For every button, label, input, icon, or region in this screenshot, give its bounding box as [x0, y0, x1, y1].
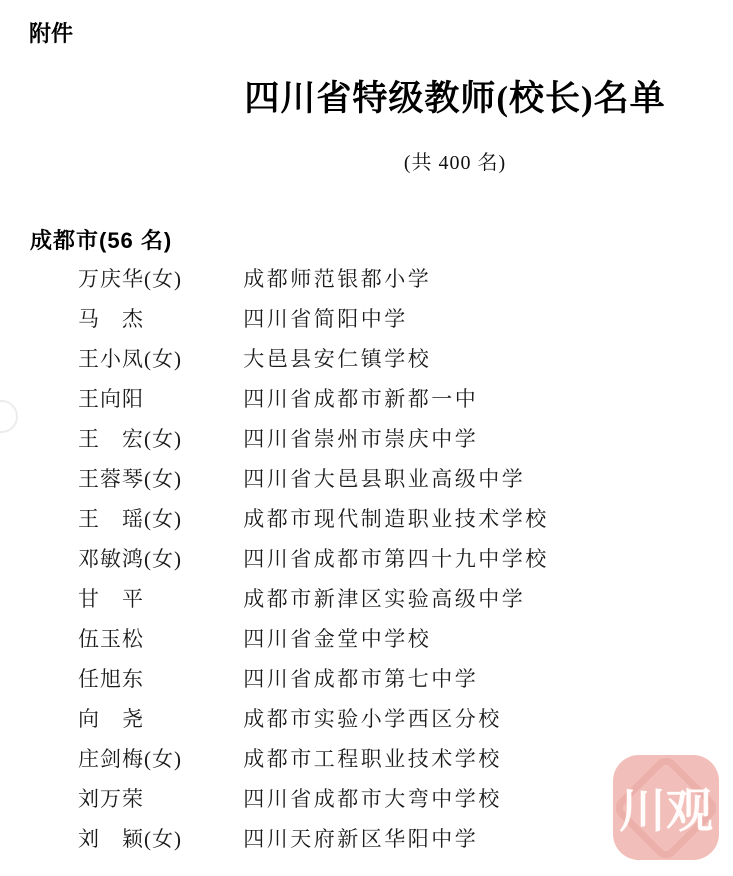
teacher-name: 王蓉琴(女) [78, 459, 238, 499]
list-item: 马 杰 四川省简阳中学 [78, 299, 733, 339]
list-item: 王 宏(女) 四川省崇州市崇庆中学 [78, 419, 733, 459]
list-item: 王 瑶(女) 成都市现代制造职业技术学校 [78, 499, 733, 539]
list-item: 万庆华(女) 成都师范银都小学 [78, 259, 733, 299]
teacher-name: 马 杰 [78, 299, 238, 339]
document-page: 附件 四川省特级教师(校长)名单 (共 400 名) 成都市(56 名) 万庆华… [0, 0, 733, 876]
school-name: 成都市实验小学西区分校 [243, 707, 502, 731]
page-subtitle: (共 400 名) [177, 146, 733, 175]
school-name: 四川省崇州市崇庆中学 [243, 427, 478, 451]
school-name: 四川天府新区华阳中学 [243, 827, 478, 851]
list-item: 王小凤(女) 大邑县安仁镇学校 [78, 339, 733, 379]
school-name: 四川省简阳中学 [243, 307, 408, 331]
school-name: 大邑县安仁镇学校 [243, 347, 431, 371]
school-name: 四川省成都市第七中学 [243, 667, 478, 691]
teacher-name: 庄剑梅(女) [78, 739, 238, 779]
school-name: 四川省金堂中学校 [243, 627, 431, 651]
school-name: 成都市工程职业技术学校 [243, 747, 502, 771]
school-name: 四川省大邑县职业高级中学 [243, 467, 525, 491]
teacher-name: 邓敏鸿(女) [78, 539, 238, 579]
section-heading-chengdu: 成都市(56 名) [30, 224, 172, 255]
edge-circle-decoration [0, 400, 18, 433]
teacher-name: 刘万荣 [78, 779, 238, 819]
teacher-name: 刘 颖(女) [78, 819, 238, 859]
school-name: 成都师范银都小学 [243, 267, 431, 291]
list-item: 任旭东 四川省成都市第七中学 [78, 659, 733, 699]
school-name: 四川省成都市大弯中学校 [243, 787, 502, 811]
teacher-name: 王向阳 [78, 379, 238, 419]
school-name: 四川省成都市新都一中 [243, 387, 478, 411]
school-name: 成都市现代制造职业技术学校 [243, 507, 549, 531]
attachment-label: 附件 [29, 17, 73, 48]
page-title: 四川省特级教师(校长)名单 [177, 71, 733, 121]
teacher-name: 王小凤(女) [78, 339, 238, 379]
teacher-name: 万庆华(女) [78, 259, 238, 299]
list-item: 向 尧 成都市实验小学西区分校 [78, 699, 733, 739]
school-name: 四川省成都市第四十九中学校 [243, 547, 549, 571]
list-item: 王蓉琴(女) 四川省大邑县职业高级中学 [78, 459, 733, 499]
teacher-name: 王 瑶(女) [78, 499, 238, 539]
teacher-name: 甘 平 [78, 579, 238, 619]
teacher-name: 向 尧 [78, 699, 238, 739]
list-item: 甘 平 成都市新津区实验高级中学 [78, 579, 733, 619]
school-name: 成都市新津区实验高级中学 [243, 587, 525, 611]
teacher-name: 任旭东 [78, 659, 238, 699]
list-item: 伍玉松 四川省金堂中学校 [78, 619, 733, 659]
chuanguan-news-watermark: 川观 [613, 755, 719, 860]
teacher-name: 伍玉松 [78, 619, 238, 659]
list-item: 王向阳 四川省成都市新都一中 [78, 379, 733, 419]
list-item: 邓敏鸿(女) 四川省成都市第四十九中学校 [78, 539, 733, 579]
watermark-logo-text: 川观 [613, 755, 719, 860]
teacher-name: 王 宏(女) [78, 419, 238, 459]
